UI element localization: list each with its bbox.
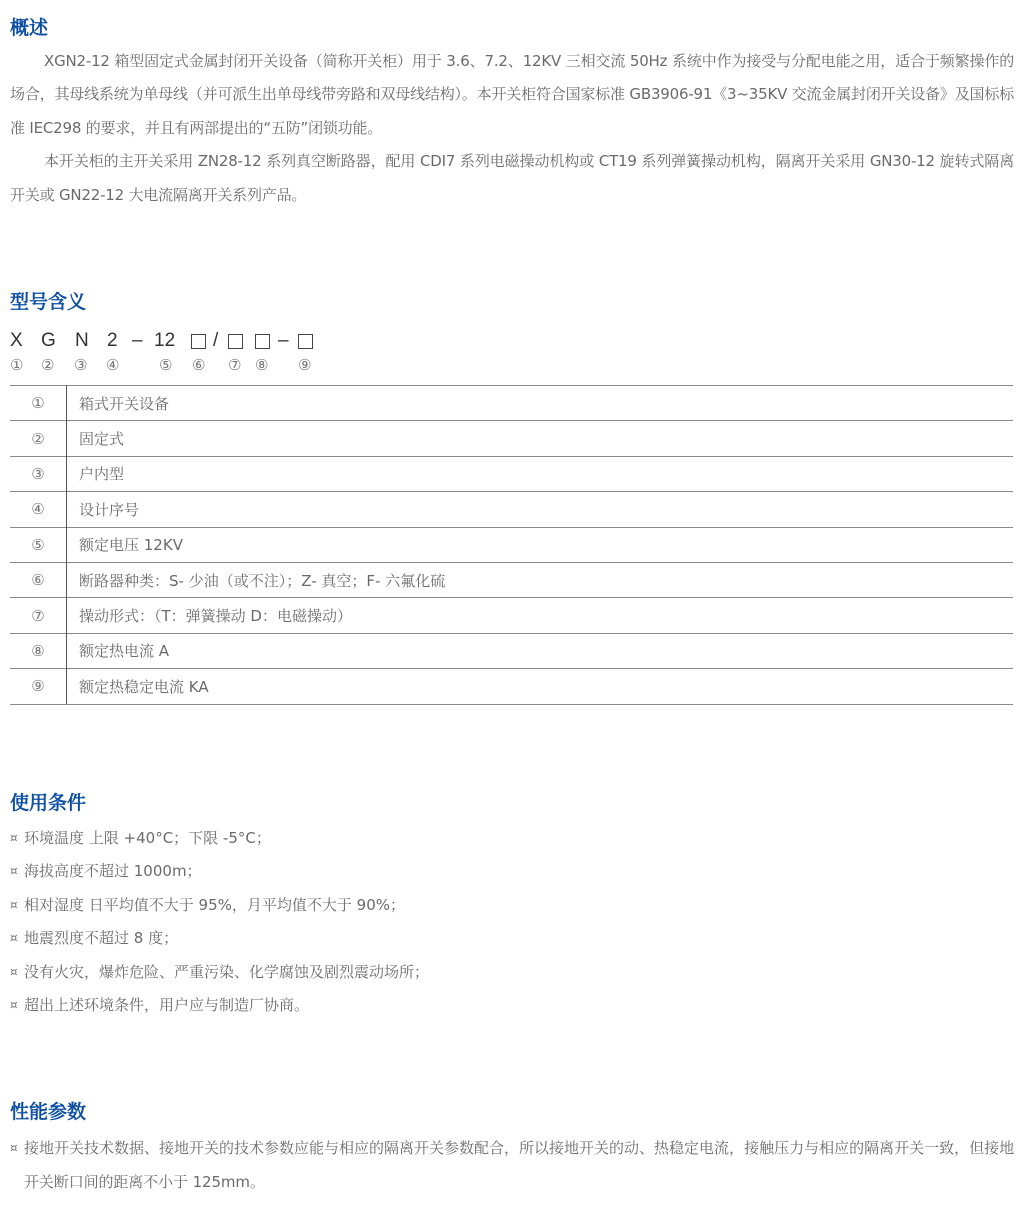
code-box-7 <box>228 334 243 349</box>
code-num-5: ⑤ <box>159 356 172 374</box>
overview-text: XGN2-12 箱型固定式金属封闭开关设备（简称开关柜）用于 3.6、7.2、1… <box>10 45 1014 212</box>
list-item-text: 海拔高度不超过 1000m； <box>24 862 202 880</box>
model-meaning-table: ①箱式开关设备 ②固定式 ③户内型 ④设计序号 ⑤额定电压 12KV ⑥断路器种… <box>10 385 1013 705</box>
list-item: ¤地震烈度不超过 8 度； <box>10 922 1014 955</box>
row-description: 额定热稳定电流 KA <box>67 669 1014 704</box>
list-item: ¤没有火灾，爆炸危险、严重污染、化学腐蚀及剧烈震动场所； <box>10 956 1014 989</box>
bullet-icon: ¤ <box>10 822 18 855</box>
bullet-icon: ¤ <box>10 922 18 955</box>
list-item-text: 环境温度 上限 +40°C；下限 -5°C； <box>24 829 271 847</box>
row-description: 操动形式：（T：弹簧操动 D：电磁操动） <box>67 598 1014 633</box>
row-description: 额定热电流 A <box>67 633 1014 668</box>
list-item-text: 地震烈度不超过 8 度； <box>24 929 178 947</box>
performance-list: ¤接地开关技术数据、接地开关的技术参数应能与相应的隔离开关参数配合，所以接地开关… <box>10 1131 1014 1199</box>
bullet-icon: ¤ <box>10 956 18 989</box>
code-box-9 <box>298 334 313 349</box>
section-heading-performance: 性能参数 <box>10 1100 86 1124</box>
code-dash-2: – <box>278 330 289 352</box>
list-item: ¤接地开关技术数据、接地开关的技术参数应能与相应的隔离开关参数配合，所以接地开关… <box>10 1131 1014 1199</box>
table-row: ②固定式 <box>10 421 1013 456</box>
row-number: ③ <box>10 456 67 491</box>
row-number: ⑧ <box>10 633 67 668</box>
section-heading-model: 型号含义 <box>10 290 86 314</box>
table-row: ⑤额定电压 12KV <box>10 527 1013 562</box>
code-slash: / <box>213 330 218 352</box>
row-description: 固定式 <box>67 421 1014 456</box>
code-voltage: 12 <box>154 330 175 352</box>
code-num-6: ⑥ <box>192 356 205 374</box>
code-num-9: ⑨ <box>298 356 311 374</box>
table-row: ①箱式开关设备 <box>10 386 1013 421</box>
list-item-text: 相对湿度 日平均值不大于 95%，月平均值不大于 90%； <box>24 896 405 914</box>
section-heading-overview: 概述 <box>10 16 48 40</box>
table-row: ④设计序号 <box>10 492 1013 527</box>
code-char-2: 2 <box>107 330 118 352</box>
row-number: ⑤ <box>10 527 67 562</box>
table-row: ⑧额定热电流 A <box>10 633 1013 668</box>
row-description: 户内型 <box>67 456 1014 491</box>
section-heading-conditions: 使用条件 <box>10 791 86 815</box>
code-num-8: ⑧ <box>255 356 268 374</box>
list-item-text: 没有火灾，爆炸危险、严重污染、化学腐蚀及剧烈震动场所； <box>24 963 429 981</box>
row-number: ⑨ <box>10 669 67 704</box>
table-row: ⑨额定热稳定电流 KA <box>10 669 1013 704</box>
table-row: ⑥断路器种类：S- 少油（或不注）；Z- 真空；F- 六氟化硫 <box>10 562 1013 597</box>
row-description: 设计序号 <box>67 492 1014 527</box>
code-num-7: ⑦ <box>228 356 241 374</box>
code-num-1: ① <box>10 356 23 374</box>
list-item: ¤环境温度 上限 +40°C；下限 -5°C； <box>10 822 1014 855</box>
row-number: ④ <box>10 492 67 527</box>
list-item-text: 接地开关技术数据、接地开关的技术参数应能与相应的隔离开关参数配合，所以接地开关的… <box>24 1139 1014 1191</box>
list-item: ¤海拔高度不超过 1000m； <box>10 855 1014 888</box>
bullet-icon: ¤ <box>10 855 18 888</box>
overview-paragraph-1: XGN2-12 箱型固定式金属封闭开关设备（简称开关柜）用于 3.6、7.2、1… <box>10 45 1014 145</box>
bullet-icon: ¤ <box>10 989 18 1022</box>
code-char-x: X <box>10 330 23 352</box>
overview-paragraph-2: 本开关柜的主开关采用 ZN28-12 系列真空断路器，配用 CDI7 系列电磁操… <box>10 145 1014 212</box>
bullet-icon: ¤ <box>10 1131 18 1165</box>
code-num-2: ② <box>41 356 54 374</box>
list-item: ¤超出上述环境条件，用户应与制造厂协商。 <box>10 989 1014 1022</box>
code-char-g: G <box>41 330 56 352</box>
table-row: ⑦操动形式：（T：弹簧操动 D：电磁操动） <box>10 598 1013 633</box>
row-description: 断路器种类：S- 少油（或不注）；Z- 真空；F- 六氟化硫 <box>67 562 1014 597</box>
row-number: ① <box>10 386 67 421</box>
code-box-8 <box>255 334 270 349</box>
conditions-list: ¤环境温度 上限 +40°C；下限 -5°C； ¤海拔高度不超过 1000m； … <box>10 822 1014 1022</box>
code-num-4: ④ <box>106 356 119 374</box>
row-number: ⑦ <box>10 598 67 633</box>
list-item-text: 超出上述环境条件，用户应与制造厂协商。 <box>24 996 309 1014</box>
table-row: ③户内型 <box>10 456 1013 491</box>
row-description: 箱式开关设备 <box>67 386 1014 421</box>
row-number: ② <box>10 421 67 456</box>
code-box-6 <box>191 334 206 349</box>
bullet-icon: ¤ <box>10 889 18 922</box>
row-description: 额定电压 12KV <box>67 527 1014 562</box>
row-number: ⑥ <box>10 562 67 597</box>
code-num-3: ③ <box>74 356 87 374</box>
list-item: ¤相对湿度 日平均值不大于 95%，月平均值不大于 90%； <box>10 889 1014 922</box>
code-char-n: N <box>75 330 89 352</box>
code-dash-1: – <box>132 330 143 352</box>
